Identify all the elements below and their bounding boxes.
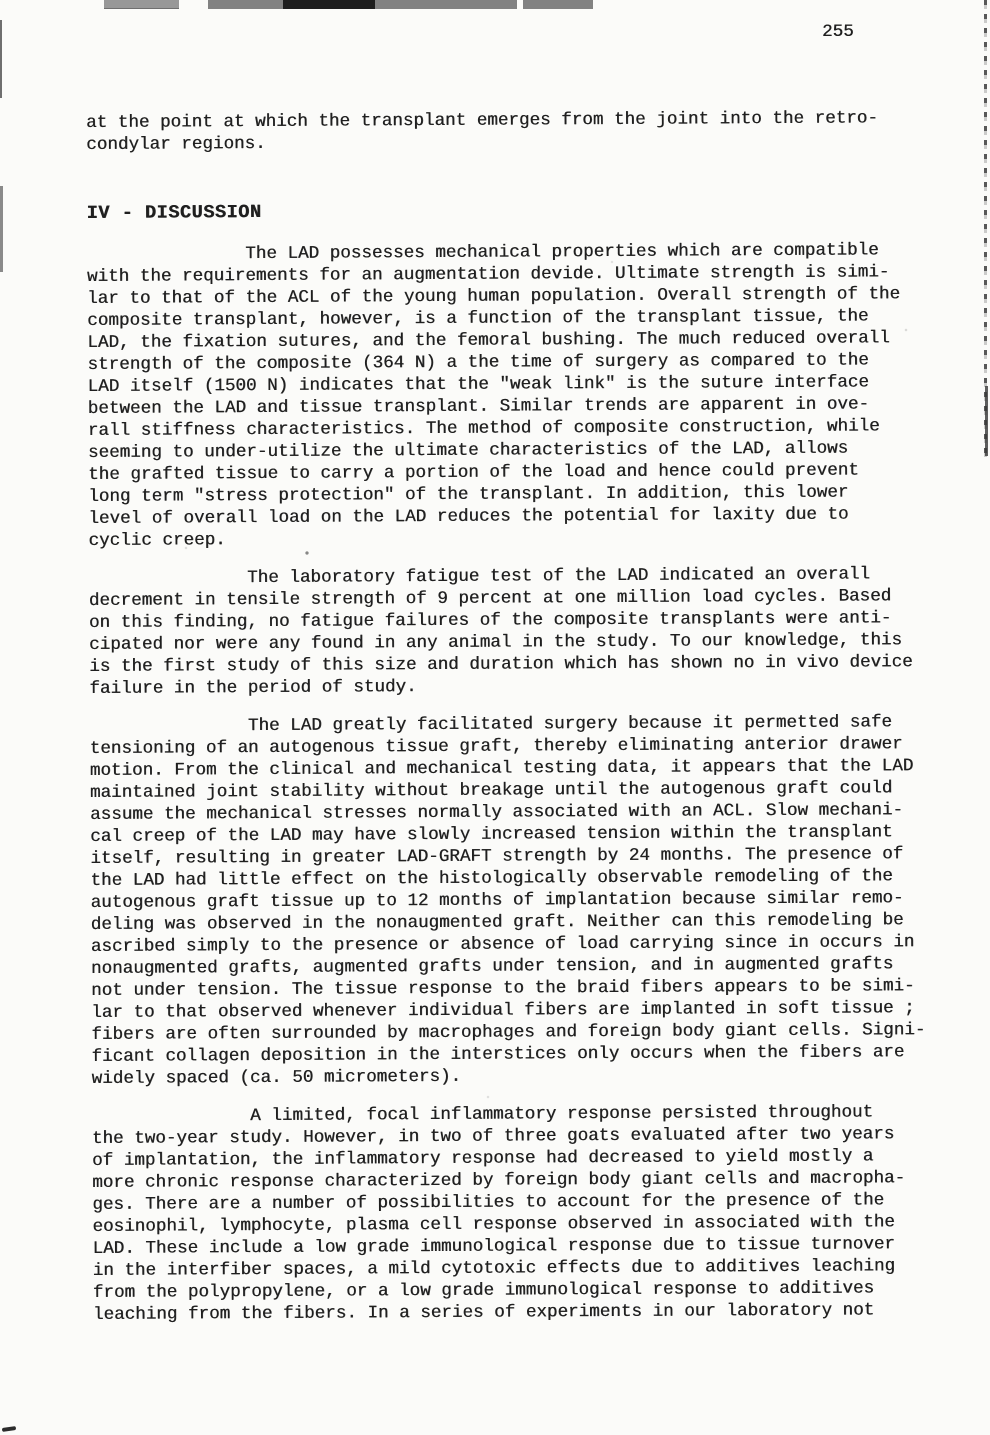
paragraph: The LAD greatly facilitated surgery beca… [89, 711, 951, 1090]
text-line: leaching from the fibers. In a series of… [93, 1299, 953, 1326]
discussion-paragraphs: The LAD possesses mechanical properties … [87, 239, 953, 1326]
scan-artifact-bottom-left-mark [2, 1426, 16, 1432]
text-line: widely spaced (ca. 50 micrometers). [92, 1063, 952, 1090]
scan-artifact-left-edge-line-top [0, 20, 2, 98]
document-content: at the point at which the transplant eme… [86, 107, 953, 1326]
scan-artifact-top-bar-long [208, 0, 593, 9]
carryover-sentence: at the point at which the transplant eme… [86, 107, 946, 156]
paragraph: The laboratory fatigue test of the LAD i… [89, 563, 950, 700]
paragraph: The LAD possesses mechanical properties … [87, 239, 949, 552]
scan-artifact-right-edge-dark-segment [985, 386, 988, 456]
scan-artifact-top-bar-left [104, 0, 179, 9]
text-line: condylar regions. [86, 129, 946, 156]
scanned-paper-page: 255 at the point at which the transplant… [0, 0, 990, 1435]
scan-artifact-left-edge-line-mid [0, 186, 3, 272]
text-line: failure in the period of study. [89, 673, 949, 700]
section-heading: IV - DISCUSSION [87, 197, 947, 226]
scan-artifact-top-bar-dark-segment [283, 0, 375, 9]
paragraph: A limited, focal inflammatory response p… [92, 1101, 953, 1326]
text-line: cyclic creep. [88, 525, 948, 552]
scan-artifact-top-bar-gap [517, 0, 523, 9]
scan-artifact-right-edge-line [984, 0, 987, 458]
page-number: 255 [822, 22, 854, 42]
